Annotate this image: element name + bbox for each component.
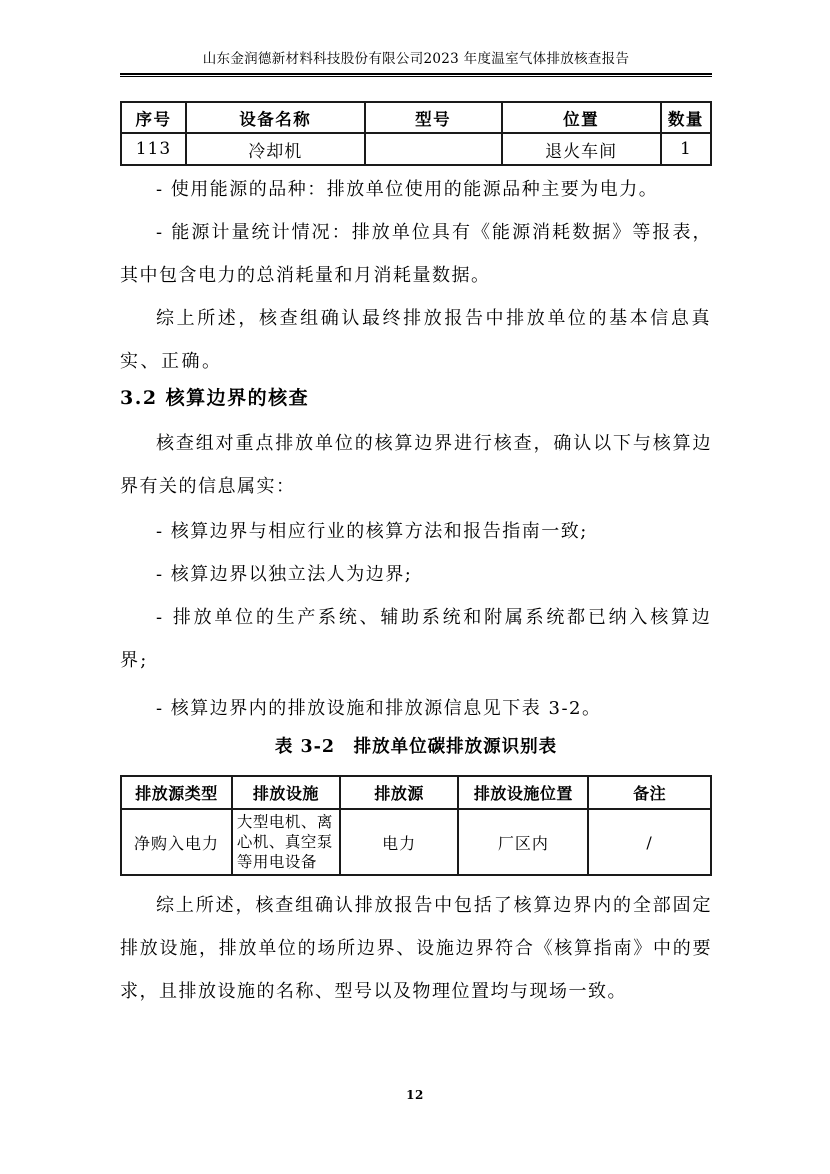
page-header: 山东金润德新材料科技股份有限公司2023 年度温室气体排放核查报告 (120, 0, 712, 77)
emission-source-table: 排放源类型 排放设施 排放源 排放设施位置 备注 净购入电力 大型电机、离心机、… (120, 775, 712, 876)
page-number: 12 (0, 1088, 830, 1102)
equipment-table-row: 113 冷却机 退火车间 1 (121, 133, 711, 165)
em-col-remark: 备注 (588, 776, 711, 809)
em-cell-remark: / (588, 809, 711, 875)
eq-cell-location: 退火车间 (502, 133, 661, 165)
para-summary-boundary: 综上所述，核查组确认排放报告中包括了核算边界内的全部固定排放设施，排放单位的场所… (120, 884, 712, 1013)
para-boundary-intro: 核查组对重点排放单位的核算边界进行核查，确认以下与核算边界有关的信息属实： (120, 422, 712, 508)
em-cell-source-type: 净购入电力 (121, 809, 232, 875)
eq-cell-quantity: 1 (661, 133, 711, 165)
section-heading-3-2: 3.2 核算边界的核查 (120, 383, 712, 413)
em-col-facility: 排放设施 (232, 776, 340, 809)
bullet-boundary-table-ref: - 核算边界内的排放设施和排放源信息见下表 3-2。 (120, 687, 712, 730)
equipment-table-header-row: 序号 设备名称 型号 位置 数量 (121, 102, 711, 133)
running-header-title: 山东金润德新材料科技股份有限公司2023 年度温室气体排放核查报告 (120, 0, 712, 68)
em-cell-facility-location: 厂区内 (458, 809, 588, 875)
eq-col-model: 型号 (365, 102, 502, 133)
eq-cell-serial: 113 (121, 133, 186, 165)
bullet-energy-stats: - 能源计量统计情况：排放单位具有《能源消耗数据》等报表，其中包含电力的总消耗量… (120, 211, 712, 297)
em-cell-source: 电力 (340, 809, 459, 875)
bullet-boundary-method: - 核算边界与相应行业的核算方法和报告指南一致; (120, 510, 712, 553)
em-col-source: 排放源 (340, 776, 459, 809)
em-col-source-type: 排放源类型 (121, 776, 232, 809)
emission-table-title: 表 3-2 排放单位碳排放源识别表 (120, 732, 712, 762)
bullet-boundary-systems: - 排放单位的生产系统、辅助系统和附属系统都已纳入核算边界; (120, 596, 712, 682)
bullet-energy-type: - 使用能源的品种：排放单位使用的能源品种主要为电力。 (120, 168, 712, 211)
emission-table-row: 净购入电力 大型电机、离心机、真空泵等用电设备 电力 厂区内 / (121, 809, 711, 875)
em-cell-facility: 大型电机、离心机、真空泵等用电设备 (232, 809, 340, 875)
report-page: 山东金润德新材料科技股份有限公司2023 年度温室气体排放核查报告 序号 设备名… (0, 0, 830, 1174)
emission-table-header-row: 排放源类型 排放设施 排放源 排放设施位置 备注 (121, 776, 711, 809)
eq-col-serial: 序号 (121, 102, 186, 133)
bullet-boundary-legal-entity: - 核算边界以独立法人为边界; (120, 553, 712, 596)
header-divider-rule (120, 73, 712, 77)
eq-col-device-name: 设备名称 (186, 102, 365, 133)
para-summary-basic-info: 综上所述，核查组确认最终排放报告中排放单位的基本信息真实、正确。 (120, 297, 712, 383)
eq-col-location: 位置 (502, 102, 661, 133)
eq-cell-model (365, 133, 502, 165)
eq-col-quantity: 数量 (661, 102, 711, 133)
equipment-table: 序号 设备名称 型号 位置 数量 113 冷却机 退火车间 1 (120, 101, 712, 166)
eq-cell-device-name: 冷却机 (186, 133, 365, 165)
em-col-facility-location: 排放设施位置 (458, 776, 588, 809)
